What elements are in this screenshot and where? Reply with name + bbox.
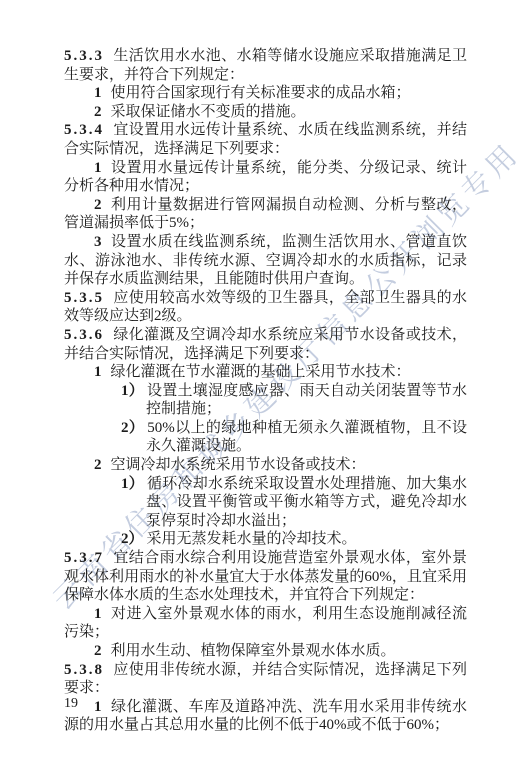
block-number: 5.3.6 [64,327,104,343]
block-number: 2 [94,104,102,120]
block-text: 设置用水量远传计量系统，能分类、分级记录、统计分析各种用水情况； [64,160,467,195]
block-text: 绿化灌溉、车库及道路冲洗、洗车用水采用非传统水源的用水量占其总用水量的比例不低于… [64,699,467,734]
block-number: 1 [94,699,102,715]
text-block: 2利用水生动、植物保障室外景观水体水质。 [64,642,467,661]
block-number: 5.3.3 [64,48,104,64]
block-text: 应使用非传统水源，并结合实际情况，选择满足下列要求： [64,662,467,697]
block-text: 采用无蒸发耗水量的冷却技术。 [147,531,357,547]
text-block: 1对进入室外景观水体的雨水，利用生态设施削减径流污染； [64,605,467,642]
block-number: 1） [121,476,144,492]
text-block: 5.3.3生活饮用水水池、水箱等储水设施应采取措施满足卫生要求，并符合下列规定： [64,47,467,84]
text-block: 5.3.5应使用较高水效等级的卫生器具，全部卫生器具的水效等级应达到2级。 [64,289,467,326]
block-number: 2） [121,531,144,547]
block-text: 设置水质在线监测系统，监测生活饮用水、管道直饮水、游泳池水、非传统水源、空调冷却… [64,234,467,287]
text-block: 2空调冷却水系统采用节水设备或技术： [64,456,467,475]
block-number: 1 [94,364,102,380]
text-block: 5.3.4宜设置用水远传计量系统、水质在线监测系统，并结合实际情况，选择满足下列… [64,121,467,158]
text-block: 1设置用水量远传计量系统，能分类、分级记录、统计分析各种用水情况； [64,159,467,196]
text-block: 2采取保证储水不变质的措施。 [64,103,467,122]
block-text: 空调冷却水系统采用节水设备或技术： [111,457,366,473]
text-block: 1绿化灌溉、车库及道路冲洗、洗车用水采用非传统水源的用水量占其总用水量的比例不低… [64,698,467,735]
text-block: 3设置水质在线监测系统，监测生活饮用水、管道直饮水、游泳池水、非传统水源、空调冷… [64,233,467,289]
text-block: 1使用符合国家现行有关标准要求的成品水箱； [64,84,467,103]
page-number: 19 [64,696,78,712]
block-number: 5.3.5 [64,290,104,306]
block-text: 宜结合雨水综合利用设施营造室外景观水体，室外景观水体利用雨水的补水量宜大于水体蒸… [64,550,467,603]
block-text: 生活饮用水水池、水箱等储水设施应采取措施满足卫生要求，并符合下列规定： [64,48,467,83]
text-block: 2）采用无蒸发耗水量的冷却技术。 [121,530,467,549]
block-text: 绿化灌溉及空调冷却水系统应采用节水设备或技术，并结合实际情况，选择满足下列要求： [64,327,467,362]
text-block: 5.3.8应使用非传统水源，并结合实际情况，选择满足下列要求： [64,661,467,698]
block-text: 绿化灌溉在节水灌溉的基础上采用节水技术： [111,364,411,380]
block-number: 1） [121,383,144,399]
text-block: 2利用计量数据进行管网漏损自动检测、分析与整改，管道漏损率低于5%； [64,196,467,233]
block-number: 5.3.8 [64,662,104,678]
text-block: 1）设置土壤湿度感应器、雨天自动关闭装置等节水控制措施； [121,382,467,419]
block-text: 50%以上的绿地种植无须永久灌溉植物，且不设永久灌溉设施。 [146,420,467,455]
text-block: 2）50%以上的绿地种植无须永久灌溉植物，且不设永久灌溉设施。 [121,419,467,456]
text-block: 5.3.6绿化灌溉及空调冷却水系统应采用节水设备或技术，并结合实际情况，选择满足… [64,326,467,363]
block-text: 应使用较高水效等级的卫生器具，全部卫生器具的水效等级应达到2级。 [64,290,467,325]
document-body: 5.3.3生活饮用水水池、水箱等储水设施应采取措施满足卫生要求，并符合下列规定：… [64,47,467,735]
block-number: 2 [94,197,102,213]
block-number: 5.3.7 [64,550,104,566]
block-number: 2 [94,643,102,659]
text-block: 1）循环冷却水系统采取设置水处理措施、加大集水盘、设置平衡管或平衡水箱等方式，避… [121,475,467,531]
block-number: 5.3.4 [64,122,104,138]
block-number: 1 [94,606,102,622]
block-text: 采取保证储水不变质的措施。 [111,104,306,120]
block-text: 对进入室外景观水体的雨水，利用生态设施削减径流污染； [64,606,467,641]
block-text: 设置土壤湿度感应器、雨天自动关闭装置等节水控制措施； [146,383,467,418]
text-block: 5.3.7宜结合雨水综合利用设施营造室外景观水体，室外景观水体利用雨水的补水量宜… [64,549,467,605]
text-block: 1绿化灌溉在节水灌溉的基础上采用节水技术： [64,363,467,382]
block-text: 利用水生动、植物保障室外景观水体水质。 [111,643,396,659]
block-number: 1 [94,160,102,176]
block-text: 使用符合国家现行有关标准要求的成品水箱； [111,85,411,101]
block-number: 2） [121,420,144,436]
block-text: 利用计量数据进行管网漏损自动检测、分析与整改，管道漏损率低于5%； [64,197,467,232]
block-number: 2 [94,457,102,473]
block-number: 1 [94,85,102,101]
document-page: 云南省住房和城乡建设厅信息公开浏览专用 5.3.3生活饮用水水池、水箱等储水设施… [0,0,528,767]
block-text: 宜设置用水远传计量系统、水质在线监测系统，并结合实际情况，选择满足下列要求： [64,122,467,157]
block-text: 循环冷却水系统采取设置水处理措施、加大集水盘、设置平衡管或平衡水箱等方式，避免冷… [146,476,467,529]
block-number: 3 [94,234,102,250]
